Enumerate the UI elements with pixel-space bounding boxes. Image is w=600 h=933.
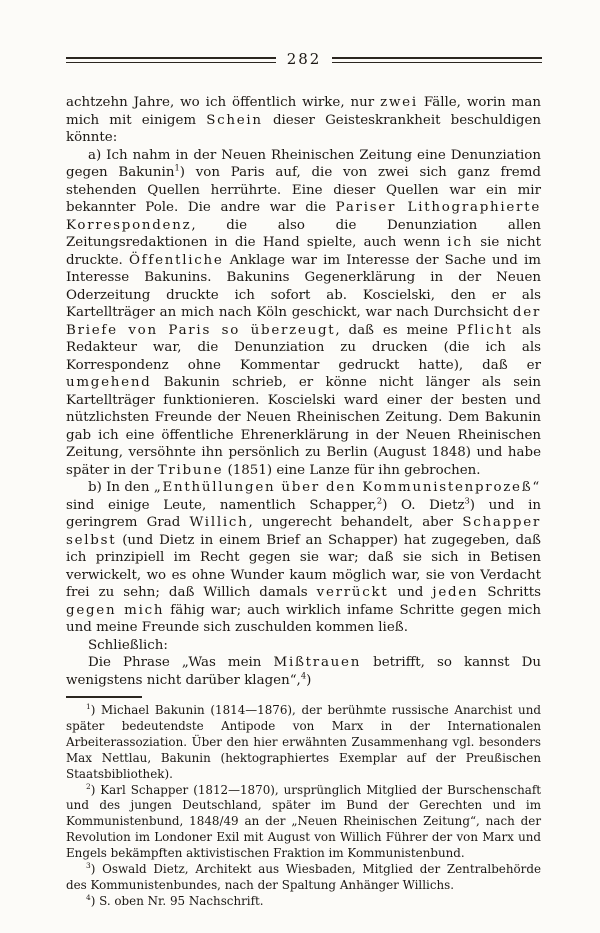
emphasized-text: „Enthüllungen über den Kommunistenprozeß… <box>154 480 541 495</box>
paragraph: Die Phrase „Was mein Mißtrauen betrifft,… <box>66 654 541 689</box>
footnote-text: ) Oswald Dietz, Architekt aus Wiesbaden,… <box>66 862 541 892</box>
emphasized-text: Mißtrauen <box>274 655 362 670</box>
emphasized-text: Schein <box>206 113 263 128</box>
header-rule-right <box>332 57 542 63</box>
paragraph: a) Ich nahm in der Neuen Rheinischen Zei… <box>66 147 541 480</box>
text-segment: ) <box>306 673 311 688</box>
text-segment: Schritts <box>478 585 541 600</box>
text-segment: und <box>389 585 433 600</box>
header-rule-left <box>66 57 276 63</box>
text-segment: , daß es meine <box>335 323 456 338</box>
running-head: 282 <box>66 52 542 67</box>
text-segment: Schließlich: <box>88 638 168 653</box>
footnote: 4) S. oben Nr. 95 Nachschrift. <box>66 894 541 910</box>
emphasized-text: umgehend <box>66 375 152 390</box>
text-segment: b) In den <box>88 480 154 495</box>
footnote: 1) Michael Bakunin (1814—1876), der berü… <box>66 703 541 783</box>
footnote-text: ) S. oben Nr. 95 Nachschrift. <box>91 894 264 908</box>
emphasized-text: jeden <box>432 585 478 600</box>
emphasized-text: gegen mich <box>66 603 164 618</box>
page-number: 282 <box>285 52 324 67</box>
body-text: achtzehn Jahre, wo ich öffentlich wirke,… <box>66 94 541 689</box>
text-segment: achtzehn Jahre, wo ich öffentlich wirke,… <box>66 95 380 110</box>
emphasized-text: Öffentliche <box>129 253 224 268</box>
emphasized-text: ich <box>447 235 473 250</box>
text-segment: (1851) eine Lanze für ihn gebrochen. <box>223 463 480 478</box>
emphasized-text: zwei <box>380 95 418 110</box>
book-page: 282 achtzehn Jahre, wo ich öffentlich wi… <box>0 0 600 933</box>
text-segment: Die Phrase „Was mein <box>88 655 274 670</box>
footnote-text: ) Karl Schapper (1812—1870), ursprünglic… <box>66 783 541 861</box>
emphasized-text: Pflicht <box>457 323 513 338</box>
footnote-separator <box>66 696 142 698</box>
emphasized-text: verrückt <box>317 585 389 600</box>
paragraph: achtzehn Jahre, wo ich öffentlich wirke,… <box>66 94 541 147</box>
text-segment: sind einige Leute, namentlich Schapper, <box>66 498 377 513</box>
emphasized-text: Willich <box>190 515 249 530</box>
footnote-text: ) Michael Bakunin (1814—1876), der berüh… <box>66 703 541 781</box>
text-segment: ) O. Dietz <box>382 498 464 513</box>
paragraph: b) In den „Enthüllungen über den Kommuni… <box>66 479 541 637</box>
text-segment: , ungerecht behandelt, aber <box>249 515 463 530</box>
emphasized-text: Tribune <box>158 463 224 478</box>
footnote: 2) Karl Schapper (1812—1870), ursprüngli… <box>66 783 541 863</box>
footnote: 3) Oswald Dietz, Architekt aus Wiesbaden… <box>66 862 541 894</box>
footnotes-section: 1) Michael Bakunin (1814—1876), der berü… <box>66 703 541 910</box>
paragraph: Schließlich: <box>66 637 541 655</box>
